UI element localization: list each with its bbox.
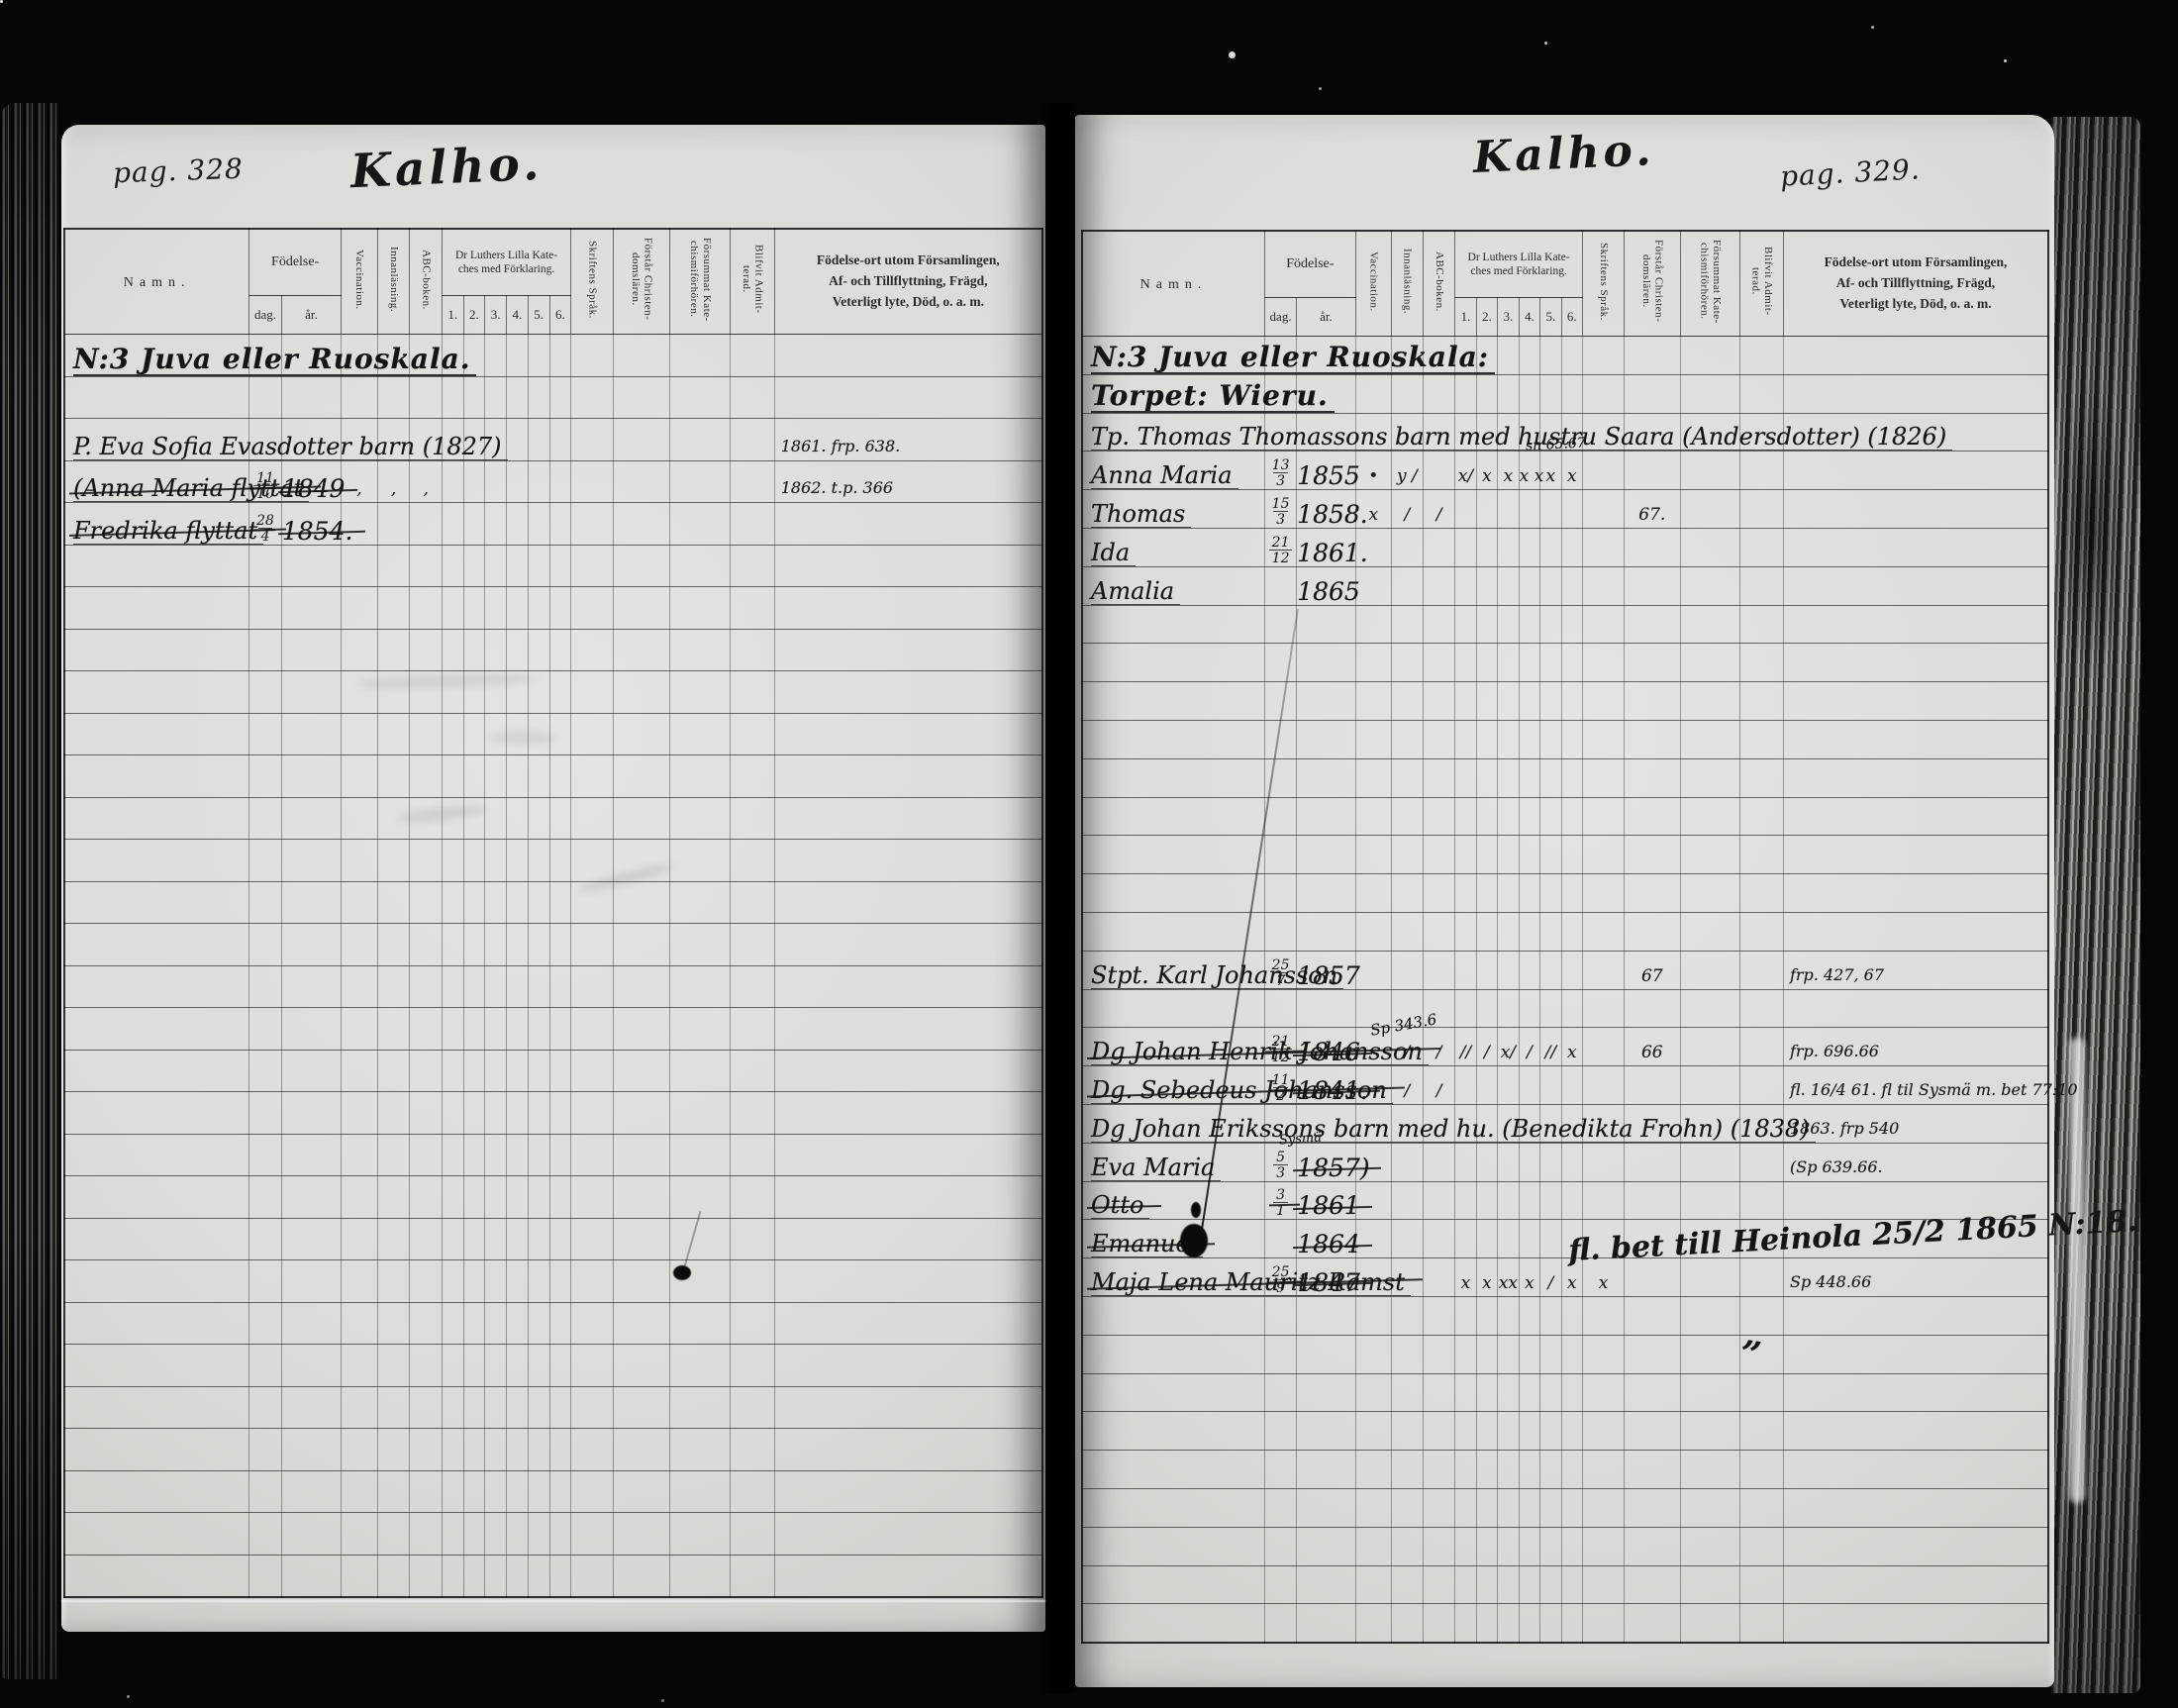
mark-cell-k1 — [1455, 720, 1476, 758]
birth-day: 53 — [1273, 1151, 1288, 1180]
register-row — [64, 1218, 1042, 1260]
mark-cell-k2 — [463, 1429, 485, 1471]
mark-inn: ‚ — [391, 481, 396, 502]
mark-k5: x — [1546, 468, 1556, 489]
notes-cell — [774, 924, 1042, 966]
notes-cell — [774, 755, 1042, 798]
mark-cell-k4 — [1519, 874, 1539, 913]
mark-cell-k2 — [463, 376, 485, 419]
mark-cell-fst — [1624, 912, 1680, 951]
mark-cell-vacc — [1355, 797, 1391, 836]
mark-cell-abc — [1424, 1296, 1455, 1335]
mark-cell-fsm — [1680, 566, 1740, 605]
mark-cell-skr — [1583, 1488, 1625, 1527]
mark-cell-k6 — [549, 503, 571, 546]
mark-cell-vacc — [1355, 682, 1391, 721]
col-ar: år. — [281, 296, 341, 335]
mark-cell-k5 — [1540, 912, 1561, 951]
mark-cell-abc — [410, 1134, 443, 1176]
mark-skr: x — [1599, 1275, 1609, 1296]
mark-cell-inn — [1391, 1181, 1423, 1220]
birth-day-cell — [249, 1008, 282, 1051]
notes-cell — [1783, 374, 2048, 413]
mark-cell-vacc — [1355, 1220, 1391, 1258]
mark-cell-vacc — [342, 629, 378, 671]
birth-day-cell — [249, 1429, 282, 1471]
register-row: Eva Maria531857)(Sp 639.66. — [1082, 1143, 2048, 1181]
mark-cell-k2 — [1476, 1565, 1497, 1604]
mark-cell-fsm — [670, 1555, 731, 1597]
mark-cell-k2 — [463, 1386, 485, 1429]
mark-cell-abc — [1424, 912, 1455, 951]
name-cell: Stpt. Karl Johansson — [1082, 951, 1264, 989]
mark-cell-fsm — [1680, 1412, 1740, 1451]
notes-cell: 1862. t.p. 366 — [774, 460, 1042, 503]
mark-cell-skr — [571, 1008, 613, 1051]
mark-cell-k6 — [1561, 1143, 1582, 1181]
mark-cell-fst — [613, 1134, 669, 1176]
mark-cell-inn — [1391, 874, 1423, 913]
mark-cell-k1 — [442, 881, 463, 924]
mark-cell-k6 — [1561, 566, 1582, 605]
mark-cell-k3 — [1498, 720, 1519, 758]
mark-cell-k1 — [442, 1302, 463, 1345]
name-cell — [64, 965, 249, 1008]
name-cell: Anna Maria — [1082, 452, 1264, 490]
mark-cell-fst: 67 — [1624, 951, 1680, 989]
mark-cell-fsm — [1680, 1066, 1740, 1105]
mark-cell-abc — [410, 1302, 443, 1345]
col-fodelse: Födelse- — [1264, 231, 1355, 298]
mark-cell-adm — [731, 1302, 774, 1345]
mark-cell-adm — [731, 545, 774, 587]
mark-cell-abc — [410, 376, 443, 419]
notes-cell — [1783, 1181, 2048, 1220]
mark-cell-k4 — [1519, 1296, 1539, 1335]
col-blifvit-admitterad: Blifvit Admit- terad. — [1740, 231, 1784, 337]
birth-day: 112 — [1272, 1073, 1290, 1103]
mark-cell-skr — [1583, 490, 1625, 529]
mark-cell-k4 — [1519, 912, 1539, 951]
mark-cell-fsm — [1680, 528, 1740, 566]
mark-cell-vacc: • — [1355, 452, 1391, 490]
mark-cell-k1 — [1455, 528, 1476, 566]
notes-cell — [774, 1386, 1042, 1429]
mark-cell-k2: x — [1476, 452, 1497, 490]
mark-inn: / — [1405, 1083, 1411, 1104]
name-cell — [1082, 1565, 1264, 1604]
page-number-left: pag. 328 — [112, 152, 244, 190]
mark-cell-skr — [571, 1050, 613, 1092]
mark-cell-abc — [410, 629, 443, 671]
register-row — [1082, 1373, 2048, 1412]
notes-cell — [774, 587, 1042, 630]
mark-cell-abc — [410, 1386, 443, 1429]
mark-cell-vacc — [342, 797, 378, 840]
mark-cell-adm — [731, 840, 774, 882]
register-row: Dg. Sebedeus Johansson1121841.//fl. 16/4… — [1082, 1066, 2048, 1105]
mark-cell-vacc — [1355, 720, 1391, 758]
mark-cell-skr — [1583, 452, 1625, 490]
mark-cell-abc — [410, 1429, 443, 1471]
name-cell: Ida — [1082, 528, 1264, 566]
mark-cell-adm — [1740, 1451, 1784, 1489]
register-row — [64, 587, 1042, 630]
mark-cell-k2 — [463, 1092, 485, 1135]
mark-cell-k4 — [507, 1218, 529, 1260]
mark-cell-k4: x x — [1519, 452, 1539, 490]
mark-cell-skr — [1583, 1527, 1625, 1565]
mark-cell-k1 — [442, 1176, 463, 1219]
notes-cell — [774, 1302, 1042, 1345]
mark-k4: x x — [1520, 468, 1544, 489]
mark-cell-fsm — [1680, 1488, 1740, 1527]
mark-cell-inn — [1391, 605, 1423, 644]
register-row: Ida21121861. — [1082, 528, 2048, 566]
mark-cell-k3 — [485, 1134, 507, 1176]
name-cell — [1082, 758, 1264, 797]
mark-cell-skr — [1583, 1143, 1625, 1181]
entry-name: Dg Johan Erikssons barn med hu. (Benedik… — [1091, 1117, 1816, 1143]
notes-cell — [1783, 797, 2048, 836]
mark-cell-k5 — [528, 419, 549, 461]
mark-cell-k5 — [528, 1470, 549, 1513]
mark-cell-inn — [1391, 1373, 1423, 1412]
mark-cell-abc — [410, 797, 443, 840]
name-cell — [64, 1008, 249, 1051]
notes-cell — [1783, 836, 2048, 874]
mark-cell-k1: x/ — [1455, 452, 1476, 490]
note: 1861. frp. 638. — [781, 439, 901, 460]
notes-cell: frp. 427, 67 — [1783, 951, 2048, 989]
mark-k3: x — [1504, 468, 1514, 489]
mark-cell-k1 — [442, 965, 463, 1008]
register-row — [64, 1260, 1042, 1303]
birth-day: 153 — [1272, 497, 1290, 527]
mark-cell-fst — [1624, 1066, 1680, 1105]
mark-cell-k3 — [485, 629, 507, 671]
mark-cell-k6 — [1561, 337, 1582, 375]
mark-cell-k6: x — [1561, 1258, 1582, 1297]
mark-cell-adm — [1740, 874, 1784, 913]
mark-cell-k1 — [1455, 1220, 1476, 1258]
mark-cell-k1 — [442, 1050, 463, 1092]
name-cell — [64, 1513, 249, 1556]
paper-crease — [61, 1600, 1045, 1602]
mark-cell-skr — [571, 1555, 613, 1597]
register-row — [64, 1513, 1042, 1556]
mark-cell-k2 — [463, 1176, 485, 1219]
mark-cell-fst — [613, 1345, 669, 1387]
mark-cell-adm — [731, 1555, 774, 1597]
mark-cell-k5 — [528, 1513, 549, 1556]
mark-cell-vacc — [342, 1302, 378, 1345]
mark-cell-skr — [571, 671, 613, 714]
notes-cell — [774, 1470, 1042, 1513]
mark-cell-k2 — [1476, 1451, 1497, 1489]
name-cell — [1082, 1527, 1264, 1565]
mark-cell-k6 — [549, 460, 571, 503]
mark-cell-k1 — [1455, 1066, 1476, 1105]
mark-cell-k5 — [528, 1555, 549, 1597]
mark-cell-k5 — [1540, 1220, 1561, 1258]
name-cell — [1082, 797, 1264, 836]
birth-year-cell — [281, 1555, 341, 1597]
mark-cell-abc — [1424, 836, 1455, 874]
mark-cell-skr — [1583, 1565, 1625, 1604]
mark-cell-fsm — [670, 1513, 731, 1556]
mark-cell-adm — [1740, 1565, 1784, 1604]
mark-cell-abc — [1424, 874, 1455, 913]
mark-cell-fsm — [670, 503, 731, 546]
mark-cell-k6 — [549, 840, 571, 882]
mark-cell-k5 — [528, 1429, 549, 1471]
mark-cell-k3 — [485, 1513, 507, 1556]
mark-cell-k1 — [442, 503, 463, 546]
register-row — [64, 1386, 1042, 1429]
birth-year-cell — [281, 1050, 341, 1092]
mark-cell-fsm — [1680, 1527, 1740, 1565]
register-row — [64, 1134, 1042, 1176]
col-skriftens-sprak: Skriftens Språk. — [571, 229, 613, 335]
mark-cell-k2 — [463, 629, 485, 671]
mark-cell-k4 — [1519, 337, 1539, 375]
mark-cell-abc — [1424, 1565, 1455, 1604]
birth-year: 1846 — [1297, 1040, 1360, 1065]
mark-cell-vacc — [342, 1050, 378, 1092]
register-row — [1082, 1604, 2048, 1643]
mark-cell-fsm — [1680, 490, 1740, 529]
register-row — [64, 840, 1042, 882]
mark-cell-k6 — [549, 1092, 571, 1135]
mark-cell-fsm — [1680, 1220, 1740, 1258]
mark-cell-k1 — [442, 1260, 463, 1303]
page-left: pag. 328 Kalho. Namn. Födelse- Vaccinati… — [61, 125, 1045, 1632]
mark-cell-k1: x — [1455, 1258, 1476, 1297]
mark-cell-k3 — [485, 1260, 507, 1303]
register-row — [1082, 989, 2048, 1028]
mark-cell-k4 — [1519, 528, 1539, 566]
mark-cell-fsm — [1680, 452, 1740, 490]
mark-cell-k5 — [1540, 337, 1561, 375]
birth-year-cell — [281, 1513, 341, 1556]
mark-cell-fsm — [670, 1134, 731, 1176]
mark-cell-k6 — [549, 1386, 571, 1429]
mark-cell-abc — [410, 755, 443, 798]
mark-cell-fst — [613, 713, 669, 755]
mark-cell-k4 — [1519, 758, 1539, 797]
notes-cell — [774, 1513, 1042, 1556]
book-page-edges-right — [2051, 117, 2140, 1693]
mark-cell-adm — [1740, 644, 1784, 682]
birth-day-cell — [249, 840, 282, 882]
mark-cell-k1 — [442, 587, 463, 630]
register-row — [64, 1302, 1042, 1345]
mark-cell-k2: / — [1476, 1028, 1497, 1066]
birth-year-cell — [1297, 797, 1356, 836]
name-cell — [64, 924, 249, 966]
col-forstar: Förstår Christen- domslären. — [613, 229, 669, 335]
mark-cell-fst — [613, 671, 669, 714]
name-cell — [1082, 1488, 1264, 1527]
mark-cell-adm — [1740, 566, 1784, 605]
birth-day-cell — [249, 1470, 282, 1513]
mark-cell-inn: y / — [1391, 452, 1423, 490]
mark-cell-skr — [571, 1218, 613, 1260]
mark-cell-adm — [1740, 1296, 1784, 1335]
mark-cell-abc — [410, 1260, 443, 1303]
notes-cell — [774, 713, 1042, 755]
mark-cell-skr — [571, 1092, 613, 1135]
mark-cell-vacc — [342, 840, 378, 882]
mark-cell-adm — [1740, 1604, 1784, 1643]
mark-cell-k2 — [463, 797, 485, 840]
register-row — [1082, 682, 2048, 721]
mark-cell-k4 — [507, 503, 529, 546]
mark-cell-inn — [377, 840, 410, 882]
register-row — [1082, 1296, 2048, 1335]
birth-day-cell — [249, 671, 282, 714]
mark-cell-abc — [410, 713, 443, 755]
register-row — [1082, 1335, 2048, 1373]
birth-year-cell — [281, 587, 341, 630]
mark-cell-fsm — [1680, 1335, 1740, 1373]
mark-cell-k3 — [485, 1345, 507, 1387]
birth-year-cell — [1297, 1488, 1356, 1527]
mark-cell-k3 — [1498, 836, 1519, 874]
name-cell: Dg. Sebedeus Johansson — [1082, 1066, 1264, 1105]
mark-cell-fsm — [1680, 758, 1740, 797]
entry-name: N:3 Juva eller Ruoskala. — [73, 346, 476, 376]
mark-cell-adm — [1740, 797, 1784, 836]
mark-cell-k1 — [1455, 1451, 1476, 1489]
mark-cell-k1 — [1455, 1412, 1476, 1451]
birth-year-cell: 1857) — [1297, 1143, 1356, 1181]
mark-cell-k4 — [507, 1092, 529, 1135]
mark-k4: / — [1527, 1045, 1533, 1065]
table-header: Namn. Födelse- Vaccination. Innanläsning… — [1082, 231, 2048, 337]
mark-cell-fsm — [670, 1176, 731, 1219]
mark-cell-k2 — [1476, 605, 1497, 644]
mark-cell-k3 — [1498, 1220, 1519, 1258]
mark-cell-k6 — [1561, 874, 1582, 913]
mark-cell-vacc — [342, 965, 378, 1008]
mark-cell-fst — [1624, 452, 1680, 490]
mark-cell-abc — [1424, 1604, 1455, 1643]
mark-cell-k4 — [507, 755, 529, 798]
mark-cell-k3 — [485, 376, 507, 419]
mark-cell-fst — [1624, 1181, 1680, 1220]
name-cell — [64, 840, 249, 882]
mark-cell-k4 — [507, 1134, 529, 1176]
name-cell — [64, 376, 249, 419]
mark-cell-inn — [1391, 912, 1423, 951]
note: frp. 427, 67 — [1790, 967, 1884, 989]
mark-cell-k2 — [1476, 912, 1497, 951]
mark-cell-inn — [1391, 682, 1423, 721]
mark-cell-k1 — [442, 1345, 463, 1387]
mark-cell-adm — [731, 1513, 774, 1556]
mark-cell-adm — [1740, 452, 1784, 490]
register-row — [1082, 1527, 2048, 1565]
mark-cell-inn — [377, 1345, 410, 1387]
mark-cell-k1 — [442, 1008, 463, 1051]
mark-cell-skr — [1583, 989, 1625, 1028]
col-k5: 5. — [528, 296, 549, 335]
mark-cell-skr — [1583, 836, 1625, 874]
mark-fst: 67 — [1641, 968, 1663, 989]
mark-cell-vacc — [342, 924, 378, 966]
mark-cell-k3 — [1498, 1296, 1519, 1335]
parish-title-left: Kalho. — [349, 137, 544, 199]
mark-cell-k5 — [1540, 566, 1561, 605]
mark-cell-k3 — [485, 1302, 507, 1345]
notes-cell: fl. 16/4 61. fl til Sysmä m. bet 77:10 — [1783, 1066, 2048, 1105]
register-row — [64, 1176, 1042, 1219]
mark-cell-k2 — [1476, 874, 1497, 913]
mark-cell-inn — [1391, 836, 1423, 874]
mark-cell-k6 — [1561, 758, 1582, 797]
entry-name: Amalia — [1091, 579, 1180, 605]
name-cell — [64, 1218, 249, 1260]
mark-cell-k1 — [1455, 797, 1476, 836]
mark-cell-k6 — [549, 797, 571, 840]
mark-cell-abc: / — [1424, 1066, 1455, 1105]
notes-cell — [1783, 337, 2048, 375]
mark-cell-k2 — [1476, 1373, 1497, 1412]
mark-cell-adm — [1740, 951, 1784, 989]
mark-cell-adm — [731, 419, 774, 461]
notes-cell: 1863. frp 540 — [1783, 1104, 2048, 1143]
name-cell: Torpet: Wieru. — [1082, 374, 1264, 413]
mark-cell-k1 — [1455, 566, 1476, 605]
mark-cell-k2 — [1476, 758, 1497, 797]
notes-cell — [774, 1176, 1042, 1219]
mark-k5: / — [1547, 1275, 1553, 1296]
mark-cell-skr — [571, 376, 613, 419]
mark-cell-skr — [571, 1134, 613, 1176]
mark-cell-fst — [1624, 758, 1680, 797]
notes-cell — [1783, 874, 2048, 913]
mark-cell-fst — [613, 419, 669, 461]
col-notes: Födelse-ort utom Församlingen,Af- och Ti… — [774, 229, 1042, 335]
mark-cell-k3 — [1498, 1143, 1519, 1181]
notes-cell — [774, 1050, 1042, 1092]
mark-cell-k3 — [1498, 605, 1519, 644]
mark-cell-inn — [1391, 1451, 1423, 1489]
notes-cell — [1783, 605, 2048, 644]
mark-cell-k1 — [442, 1470, 463, 1513]
register-row — [1082, 1488, 2048, 1527]
entry-name: Eva Maria — [1091, 1155, 1221, 1181]
mark-cell-adm — [1740, 1181, 1784, 1220]
mark-cell-abc — [410, 1345, 443, 1387]
mark-cell-vacc — [342, 1008, 378, 1051]
mark-cell-k2 — [463, 545, 485, 587]
mark-cell-k4 — [507, 545, 529, 587]
name-cell — [64, 1555, 249, 1597]
birth-year-cell: 1841. — [1297, 1066, 1356, 1105]
birth-year-cell — [281, 1218, 341, 1260]
mark-cell-k2 — [463, 1218, 485, 1260]
mark-cell-fst — [1624, 836, 1680, 874]
notes-cell — [1783, 1488, 2048, 1527]
mark-cell-abc — [410, 965, 443, 1008]
register-row — [64, 1470, 1042, 1513]
mark-cell-k6 — [549, 1345, 571, 1387]
mark-cell-abc — [1424, 989, 1455, 1028]
mark-cell-vacc — [1355, 989, 1391, 1028]
